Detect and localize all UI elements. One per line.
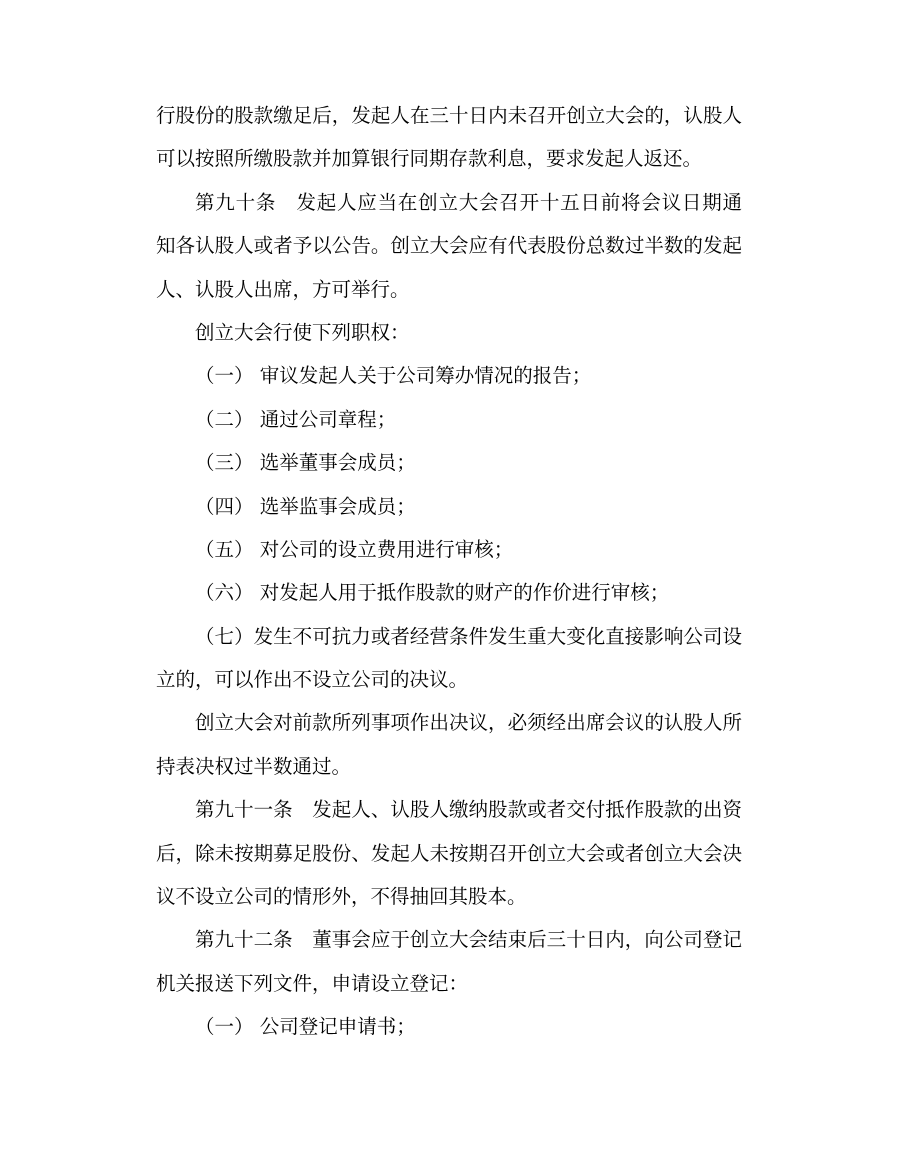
document-page: 行股份的股款缴足后，发起人在三十日内未召开创立大会的，认股人 可以按照所缴股款并… xyxy=(0,0,900,1165)
text-line: 第九十二条 董事会应于创立大会结束后三十日内，向公司登记 xyxy=(156,918,742,961)
text-line: （一） 公司登记申请书； xyxy=(156,1005,742,1048)
text-line: 创立大会对前款所列事项作出决议，必须经出席会议的认股人所 xyxy=(156,701,742,744)
paragraph: 行股份的股款缴足后，发起人在三十日内未召开创立大会的，认股人 可以按照所缴股款并… xyxy=(156,94,742,181)
text-line: （二） 通过公司章程； xyxy=(156,398,742,441)
paragraph-article-90: 第九十条 发起人应当在创立大会召开十五日前将会议日期通 知各认股人或者予以公告。… xyxy=(156,181,742,311)
list-item-3: （三） 选举董事会成员； xyxy=(156,441,742,484)
list-item-5: （五） 对公司的设立费用进行审核； xyxy=(156,528,742,571)
list-item-7: （七）发生不可抗力或者经营条件发生重大变化直接影响公司设 立的，可以作出不设立公… xyxy=(156,615,742,702)
text-line: 人、认股人出席，方可举行。 xyxy=(156,268,742,311)
text-line: （三） 选举董事会成员； xyxy=(156,441,742,484)
text-line: 可以按照所缴股款并加算银行同期存款利息，要求发起人返还。 xyxy=(156,137,742,180)
paragraph-article-91: 第九十一条 发起人、认股人缴纳股款或者交付抵作股款的出资 后，除未按期募足股份、… xyxy=(156,788,742,918)
text-line: 议不设立公司的情形外，不得抽回其股本。 xyxy=(156,875,742,918)
text-line: 立的，可以作出不设立公司的决议。 xyxy=(156,658,742,701)
text-line: 第九十条 发起人应当在创立大会召开十五日前将会议日期通 xyxy=(156,181,742,224)
paragraph: 创立大会行使下列职权： xyxy=(156,311,742,354)
text-line: （一） 审议发起人关于公司筹办情况的报告； xyxy=(156,354,742,397)
paragraph-article-92: 第九十二条 董事会应于创立大会结束后三十日内，向公司登记 机关报送下列文件，申请… xyxy=(156,918,742,1005)
document-content: 行股份的股款缴足后，发起人在三十日内未召开创立大会的，认股人 可以按照所缴股款并… xyxy=(156,94,742,1049)
text-line: （六） 对发起人用于抵作股款的财产的作价进行审核； xyxy=(156,571,742,614)
text-line: 创立大会行使下列职权： xyxy=(156,311,742,354)
text-line: 知各认股人或者予以公告。创立大会应有代表股份总数过半数的发起 xyxy=(156,224,742,267)
text-line: 行股份的股款缴足后，发起人在三十日内未召开创立大会的，认股人 xyxy=(156,94,742,137)
paragraph: 创立大会对前款所列事项作出决议，必须经出席会议的认股人所 持表决权过半数通过。 xyxy=(156,701,742,788)
text-line: 持表决权过半数通过。 xyxy=(156,745,742,788)
list-item-1-registration: （一） 公司登记申请书； xyxy=(156,1005,742,1048)
text-line: 第九十一条 发起人、认股人缴纳股款或者交付抵作股款的出资 xyxy=(156,788,742,831)
list-item-4: （四） 选举监事会成员； xyxy=(156,485,742,528)
text-line: 后，除未按期募足股份、发起人未按期召开创立大会或者创立大会决 xyxy=(156,832,742,875)
list-item-6: （六） 对发起人用于抵作股款的财产的作价进行审核； xyxy=(156,571,742,614)
list-item-1: （一） 审议发起人关于公司筹办情况的报告； xyxy=(156,354,742,397)
list-item-2: （二） 通过公司章程； xyxy=(156,398,742,441)
text-line: 机关报送下列文件，申请设立登记： xyxy=(156,962,742,1005)
text-line: （五） 对公司的设立费用进行审核； xyxy=(156,528,742,571)
text-line: （七）发生不可抗力或者经营条件发生重大变化直接影响公司设 xyxy=(156,615,742,658)
text-line: （四） 选举监事会成员； xyxy=(156,485,742,528)
